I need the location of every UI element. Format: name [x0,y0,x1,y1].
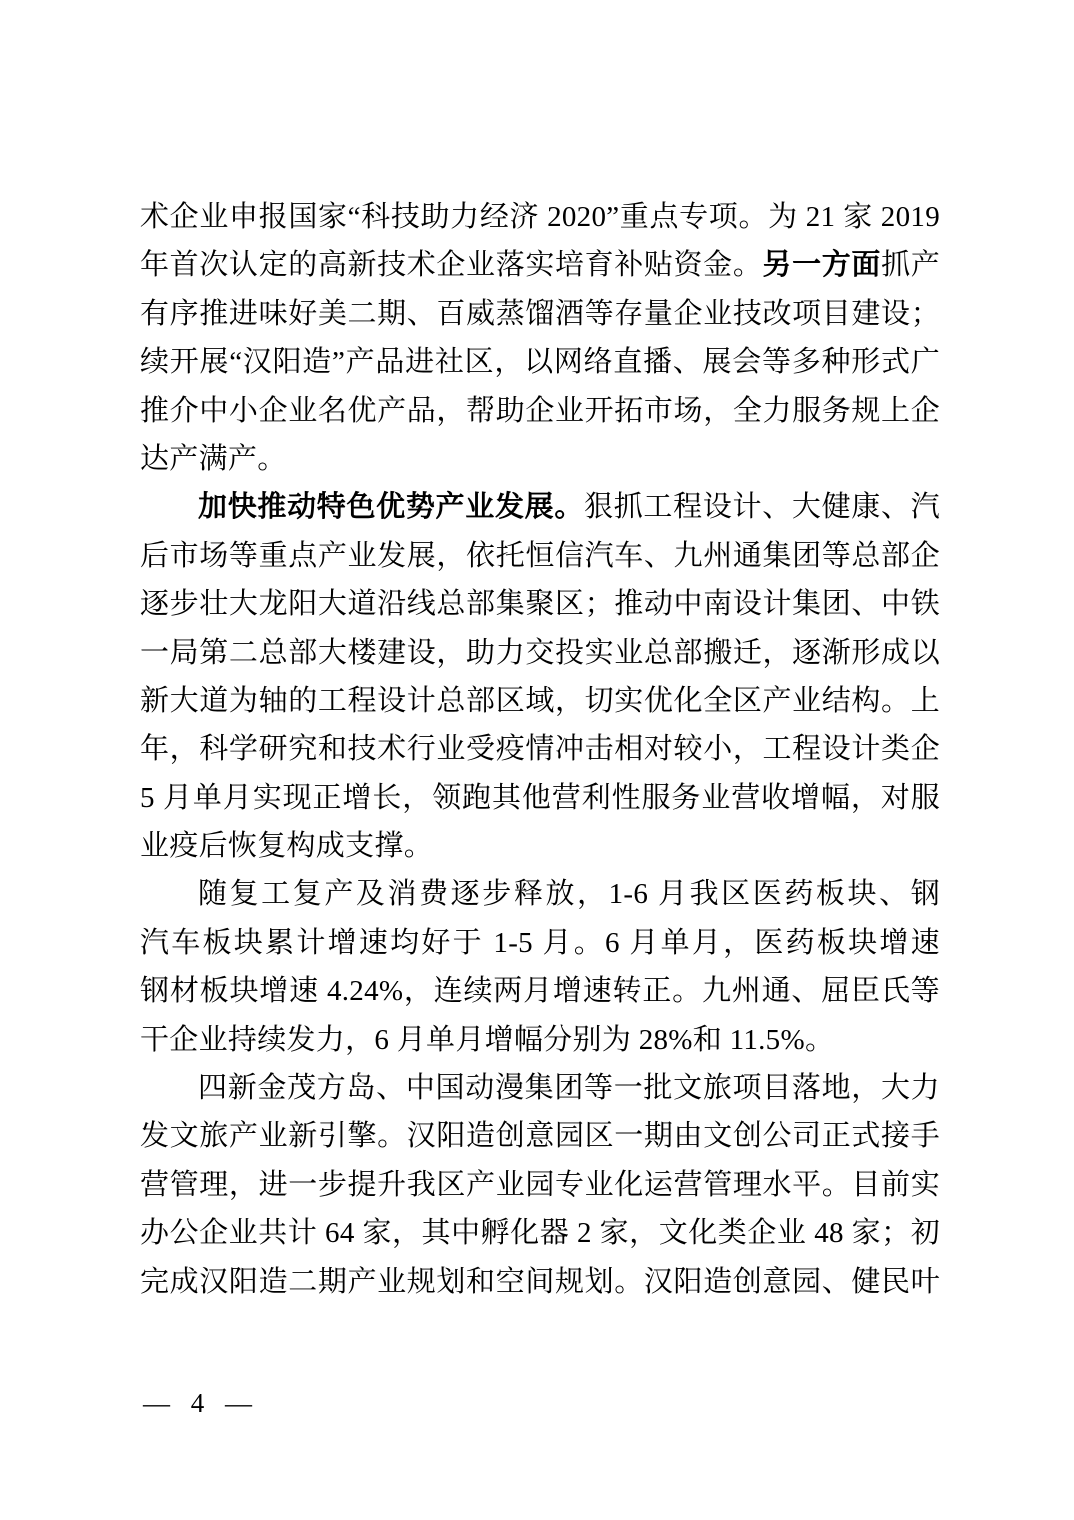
text-line: 后市场等重点产业发展，依托恒信汽车、九州通集团等总部企业， [140,532,940,580]
text-segment: 四新金茂方岛、中国动漫集团等一批文旅项目落地，大力激 [140,1072,940,1112]
text-line: 年，科学研究和技术行业受疫情冲击相对较小，工程设计类企业 [140,725,940,773]
text-line: 5 月单月实现正增长，领跑其他营利性服务业营收增幅，对服务 [140,774,940,822]
bold-text-segment: 加快推动特色优势产业发展。 [198,491,584,523]
text-line: 有序推进味好美二期、百威蒸馏酒等存量企业技改项目建设；持 [140,290,940,338]
text-segment: 术企业申报国家“科技助力经济 2020”重点专项。为 21 家 2019 [140,201,940,233]
text-segment: 推介中小企业名优产品，帮助企业开拓市场，全力服务规上企业 [140,395,940,435]
text-segment: 钢材板块增速 4.24%，连续两月增速转正。九州通、屈臣氏等骨 [140,975,940,1015]
text-line: 营管理，进一步提升我区产业园专业化运营管理水平。目前实际 [140,1161,940,1209]
text-line: 推介中小企业名优产品，帮助企业开拓市场，全力服务规上企业 [140,387,940,435]
text-line: 干企业持续发力，6 月单月增幅分别为 28%和 11.5%。 [140,1016,940,1064]
text-segment: 逐步壮大龙阳大道沿线总部集聚区；推动中南设计集团、中铁十 [140,588,940,628]
text-segment: 完成汉阳造二期产业规划和空间规划。汉阳造创意园、健民叶开 [140,1266,940,1306]
text-segment: 达产满产。 [140,443,287,475]
text-line: 发文旅产业新引擎。汉阳造创意园区一期由文创公司正式接手运 [140,1112,940,1160]
text-line: 完成汉阳造二期产业规划和空间规划。汉阳造创意园、健民叶开 [140,1258,940,1306]
text-line: 年首次认定的高新技术企业落实培育补贴资金。另一方面抓产能， [140,241,940,289]
text-line: 随复工复产及消费逐步释放，1-6 月我区医药板块、钢铁、 [140,870,940,918]
text-segment: 年首次认定的高新技术企业落实培育补贴资金。 [140,249,762,281]
text-line: 新大道为轴的工程设计总部区域，切实优化全区产业结构。上半 [140,677,940,725]
text-segment: 业疫后恢复构成支撑。 [140,830,433,862]
text-line: 一局第二总部大楼建设，助力交投实业总部搬迁，逐渐形成以四 [140,629,940,677]
text-segment: 年，科学研究和技术行业受疫情冲击相对较小，工程设计类企业 [140,733,940,773]
text-segment: 一局第二总部大楼建设，助力交投实业总部搬迁，逐渐形成以四 [140,637,940,677]
text-segment: 干企业持续发力，6 月单月增幅分别为 28%和 11.5%。 [140,1024,834,1056]
text-line: 汽车板块累计增速均好于 1-5 月。6 月单月，医药板块增速 27.6%； [140,919,940,967]
bold-text-segment: 另一方面 [762,249,881,281]
text-line: 加快推动特色优势产业发展。狠抓工程设计、大健康、汽车 [140,483,940,531]
text-segment: 后市场等重点产业发展，依托恒信汽车、九州通集团等总部企业， [140,540,940,580]
text-line: 业疫后恢复构成支撑。 [140,822,940,870]
text-segment: 续开展“汉阳造”产品进社区，以网络直播、展会等多种形式广泛 [140,346,940,386]
text-segment: 办公企业共计 64 家，其中孵化器 2 家，文化类企业 48 家；初步 [140,1217,940,1257]
text-line: 钢材板块增速 4.24%，连续两月增速转正。九州通、屈臣氏等骨 [140,967,940,1015]
text-segment: 新大道为轴的工程设计总部区域，切实优化全区产业结构。上半 [140,685,940,725]
text-segment: 随复工复产及消费逐步释放，1-6 月我区医药板块、钢铁、 [140,878,940,918]
text-line: 续开展“汉阳造”产品进社区，以网络直播、展会等多种形式广泛 [140,338,940,386]
text-segment: 发文旅产业新引擎。汉阳造创意园区一期由文创公司正式接手运 [140,1120,940,1160]
text-line: 达产满产。 [140,435,940,483]
text-line: 逐步壮大龙阳大道沿线总部集聚区；推动中南设计集团、中铁十 [140,580,940,628]
page-number: — 4 — [143,1388,259,1418]
text-segment: 汽车板块累计增速均好于 1-5 月。6 月单月，医药板块增速 27.6%； [140,927,940,967]
document-body: 术企业申报国家“科技助力经济 2020”重点专项。为 21 家 2019年首次认… [140,193,940,1306]
text-line: 术企业申报国家“科技助力经济 2020”重点专项。为 21 家 2019 [140,193,940,241]
text-segment: 有序推进味好美二期、百威蒸馏酒等存量企业技改项目建设；持 [140,298,940,338]
text-line: 四新金茂方岛、中国动漫集团等一批文旅项目落地，大力激 [140,1064,940,1112]
page-number-footer: — 4 — [143,1388,259,1419]
document-page: 术企业申报国家“科技助力经济 2020”重点专项。为 21 家 2019年首次认… [0,0,1074,1520]
text-segment: 营管理，进一步提升我区产业园专业化运营管理水平。目前实际 [140,1169,940,1209]
text-segment: 5 月单月实现正增长，领跑其他营利性服务业营收增幅，对服务 [140,782,940,822]
text-line: 办公企业共计 64 家，其中孵化器 2 家，文化类企业 48 家；初步 [140,1209,940,1257]
